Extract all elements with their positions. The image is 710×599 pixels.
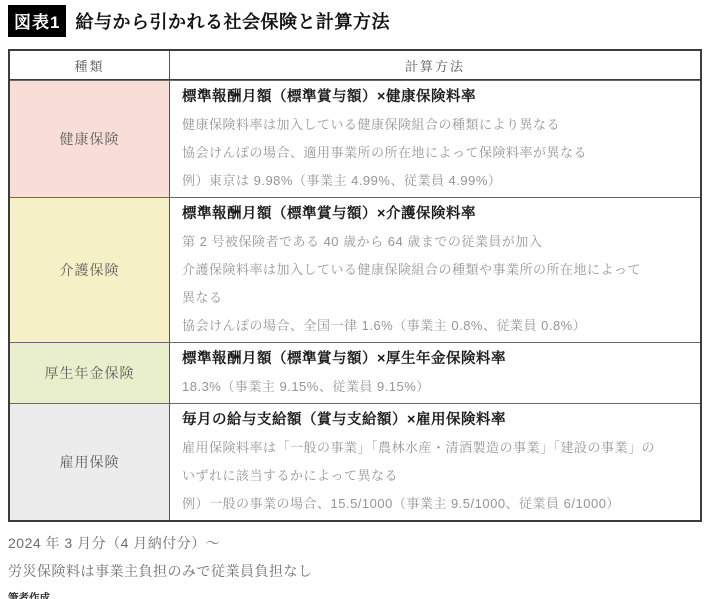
table-row: 介護保険 標準報酬月額（標準賞与額）×介護保険料率 第 2 号被保険者である 4… bbox=[10, 197, 700, 342]
footer-note-workers-comp: 労災保険料は事業主負担のみで従業員負担なし bbox=[8, 557, 702, 585]
insurance-table: 種類 計算方法 健康保険 標準報酬月額（標準賞与額）×健康保険料率 健康保険料率… bbox=[8, 49, 702, 522]
note-text: 介護保険料率は加入している健康保険組合の種類や事業所の所在地によって bbox=[182, 256, 688, 284]
table-row: 健康保険 標準報酬月額（標準賞与額）×健康保険料率 健康保険料率は加入している健… bbox=[10, 80, 700, 197]
note-text: 異なる bbox=[182, 284, 688, 312]
table-row: 雇用保険 毎月の給与支給額（賞与支給額）×雇用保険料率 雇用保険料率は「一般の事… bbox=[10, 403, 700, 520]
figure-number-badge: 図表1 bbox=[8, 5, 66, 37]
table-row: 厚生年金保険 標準報酬月額（標準賞与額）×厚生年金保険料率 18.3%（事業主 … bbox=[10, 342, 700, 403]
figure-title-row: 図表1 給与から引かれる社会保険と計算方法 bbox=[8, 5, 702, 37]
type-cell-health-insurance: 健康保険 bbox=[10, 81, 170, 197]
formula-text: 標準報酬月額（標準賞与額）×介護保険料率 bbox=[182, 200, 688, 228]
formula-text: 標準報酬月額（標準賞与額）×健康保険料率 bbox=[182, 83, 688, 111]
note-text: いずれに該当するかによって異なる bbox=[182, 462, 688, 490]
column-header-method: 計算方法 bbox=[170, 51, 700, 79]
method-cell-employment-insurance: 毎月の給与支給額（賞与支給額）×雇用保険料率 雇用保険料率は「一般の事業」「農林… bbox=[170, 404, 700, 520]
formula-text: 毎月の給与支給額（賞与支給額）×雇用保険料率 bbox=[182, 406, 688, 434]
note-text: 例）東京は 9.98%（事業主 4.99%、従業員 4.99%） bbox=[182, 167, 688, 195]
type-cell-care-insurance: 介護保険 bbox=[10, 198, 170, 342]
note-text: 18.3%（事業主 9.15%、従業員 9.15%） bbox=[182, 373, 688, 401]
method-cell-care-insurance: 標準報酬月額（標準賞与額）×介護保険料率 第 2 号被保険者である 40 歳から… bbox=[170, 198, 700, 342]
note-text: 第 2 号被保険者である 40 歳から 64 歳までの従業員が加入 bbox=[182, 228, 688, 256]
note-text: 健康保険料率は加入している健康保険組合の種類により異なる bbox=[182, 111, 688, 139]
note-text: 協会けんぽの場合、適用事業所の所在地によって保険料率が異なる bbox=[182, 139, 688, 167]
note-text: 協会けんぽの場合、全国一律 1.6%（事業主 0.8%、従業員 0.8%） bbox=[182, 312, 688, 340]
column-header-type: 種類 bbox=[10, 51, 170, 79]
formula-text: 標準報酬月額（標準賞与額）×厚生年金保険料率 bbox=[182, 345, 688, 373]
method-cell-pension-insurance: 標準報酬月額（標準賞与額）×厚生年金保険料率 18.3%（事業主 9.15%、従… bbox=[170, 343, 700, 403]
footer-notes: 2024 年 3 月分（4 月納付分）〜 労災保険料は事業主負担のみで従業員負担… bbox=[4, 529, 702, 599]
type-cell-pension-insurance: 厚生年金保険 bbox=[10, 343, 170, 403]
footer-note-period: 2024 年 3 月分（4 月納付分）〜 bbox=[8, 529, 702, 557]
table-header-row: 種類 計算方法 bbox=[10, 51, 700, 80]
author-credit: 筆者作成 bbox=[8, 590, 702, 599]
type-cell-employment-insurance: 雇用保険 bbox=[10, 404, 170, 520]
document-page: 図表1 給与から引かれる社会保険と計算方法 種類 計算方法 健康保険 標準報酬月… bbox=[0, 0, 710, 599]
figure-title: 給与から引かれる社会保険と計算方法 bbox=[75, 8, 390, 34]
method-cell-health-insurance: 標準報酬月額（標準賞与額）×健康保険料率 健康保険料率は加入している健康保険組合… bbox=[170, 81, 700, 197]
note-text: 例）一般の事業の場合、15.5/1000（事業主 9.5/1000、従業員 6/… bbox=[182, 490, 688, 518]
note-text: 雇用保険料率は「一般の事業」「農林水産・清酒製造の事業」「建設の事業」の bbox=[182, 434, 688, 462]
